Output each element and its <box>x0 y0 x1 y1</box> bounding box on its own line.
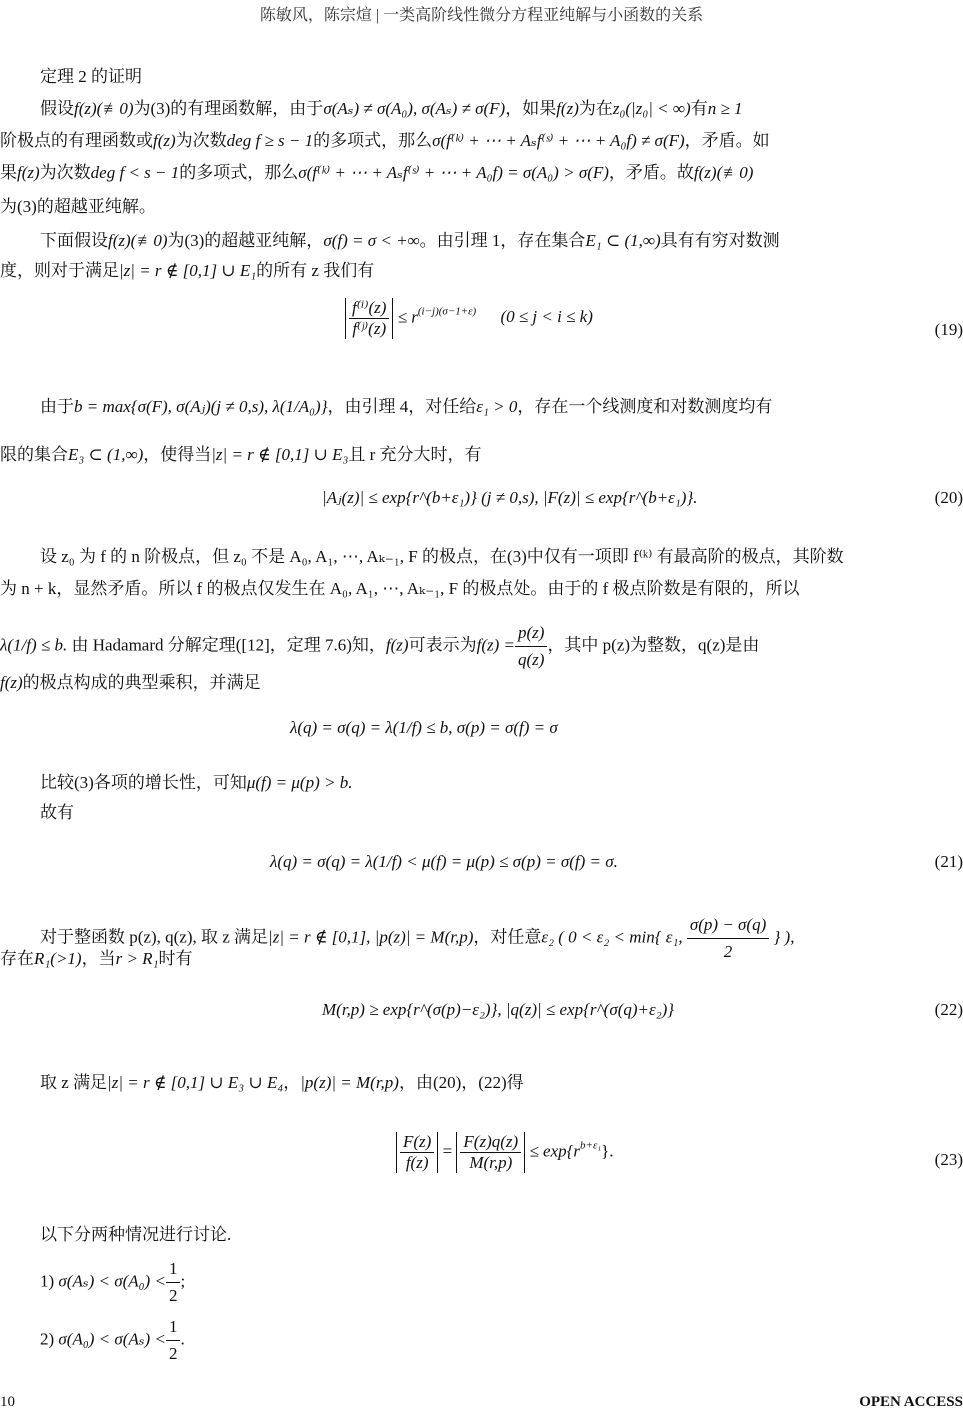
equation-number-22: (22) <box>935 1000 963 1020</box>
denominator: f⁽ʲ⁾(z) <box>349 319 389 339</box>
text: 且 r 充分大时，有 <box>348 445 481 464</box>
text: 可表示为 <box>409 635 477 654</box>
paragraph-7-line-1: 取 z 满足|z| = r ∉ [0,1] ∪ E₃ ∪ E₄，|p(z)| =… <box>0 1070 963 1096</box>
fraction-half: 12 <box>166 1256 181 1309</box>
denominator: f(z) <box>400 1153 434 1173</box>
math: r > R₁ <box>116 949 159 968</box>
math: |z| = r ∉ [0,1] ∪ E₃ ∪ E₄ <box>107 1073 283 1092</box>
math: ε₂ ( 0 < ε₂ < min{ ε₁, <box>541 927 686 946</box>
case-label: 2) <box>40 1329 54 1348</box>
math: σ(Aₛ) ≠ σ(A₀), σ(Aₛ) ≠ σ(F) <box>323 99 505 118</box>
text: 的所有 z 我们有 <box>256 261 374 280</box>
text: 由于 <box>40 397 74 416</box>
paragraph-2-line-1: 下面假设f(z)(≢0)为(3)的超越亚纯解，σ(f) = σ < +∞。由引理… <box>0 228 963 254</box>
paragraph-1-line-2: 阶极点的有理函数或f(z)为次数deg f ≥ s − 1的多项式，那么σ(f⁽… <box>0 128 963 154</box>
exponent: b+ε₁ <box>580 1139 601 1151</box>
paragraph-3-line-2: 限的集合E₃ ⊂ (1,∞)，使得当|z| = r ∉ [0,1] ∪ E₃且 … <box>0 442 963 468</box>
text: 对于整函数 p(z), q(z), 取 z 满足 <box>40 927 268 946</box>
math: λ(1/f) ≤ b. <box>0 635 67 654</box>
math: f(z) <box>556 99 579 118</box>
case-2: 2) σ(A₀) < σ(Aₛ) <12. <box>0 1314 963 1367</box>
denominator: M(r,p) <box>460 1153 521 1173</box>
math: ≤ r <box>398 307 418 326</box>
section-title: 定理 2 的证明 <box>0 64 963 90</box>
equation-21: λ(q) = σ(q) = λ(1/f) < μ(f) = μ(p) ≤ σ(p… <box>270 852 618 872</box>
paragraph-5-line-1: 比较(3)各项的增长性，可知μ(f) = μ(p) > b. <box>0 770 963 796</box>
equation-lambda: λ(q) = σ(q) = λ(1/f) ≤ b, σ(p) = σ(f) = … <box>290 718 558 738</box>
math: σ(Aₛ) < σ(A₀) < <box>58 1271 166 1290</box>
paragraph-1-line-1: 假设f(z)(≢0)为(3)的有理函数解，由于σ(Aₛ) ≠ σ(A₀), σ(… <box>0 96 963 122</box>
math: f(z) <box>17 163 40 182</box>
fraction: p(z)q(z) <box>515 620 547 673</box>
text: ， <box>283 1073 300 1092</box>
text: 为(3)的有理函数解，由于 <box>133 99 323 118</box>
text: ，存在一个线测度和对数测度均有 <box>517 397 772 416</box>
paragraph-1-line-3: 果f(z)为次数deg f < s − 1的多项式，那么σ(f⁽ᵏ⁾ + ⋯ +… <box>0 160 963 186</box>
paragraph-4-line-1: 设 z₀ 为 f 的 n 阶极点，但 z₀ 不是 A₀, A₁, ⋯, Aₖ₋₁… <box>0 544 963 570</box>
text: ，使得当 <box>143 445 211 464</box>
text: 由 Hadamard 分解定理([12]，定理 7.6)知， <box>67 635 386 654</box>
text: 为次数 <box>176 131 227 150</box>
math: f(z)(≢0) <box>108 231 167 250</box>
text: 的多项式，那么 <box>179 163 298 182</box>
numerator: 1 <box>166 1314 181 1341</box>
math: μ(f) = μ(p) > b. <box>247 773 353 792</box>
text: 。由引理 1，存在集合 <box>420 231 586 250</box>
text: 为次数 <box>40 163 91 182</box>
math: f(z)(≢0) <box>74 99 133 118</box>
math: } ), <box>769 927 794 946</box>
paragraph-2-line-2: 度，则对于满足|z| = r ∉ [0,1] ∪ E₁的所有 z 我们有 <box>0 258 963 284</box>
math: |p(z)| = M(r,p) <box>300 1073 399 1092</box>
abs-fraction: f⁽ⁱ⁾(z)f⁽ʲ⁾(z) <box>345 298 393 339</box>
text: ，当 <box>82 949 116 968</box>
running-header: 陈敏风，陈宗煊 | 一类高阶线性微分方程亚纯解与小函数的关系 <box>0 2 963 25</box>
equation-23: F(z)f(z) = F(z)q(z)M(r,p) ≤ exp{rb+ε₁}. <box>396 1132 614 1173</box>
numerator: F(z)q(z) <box>460 1132 521 1153</box>
math: |z| = r ∉ [0,1], |p(z)| = M(r,p) <box>268 927 473 946</box>
math: }. <box>601 1141 613 1160</box>
text: ，其中 p(z)为整数，q(z)是由 <box>547 635 759 654</box>
math: σ(A₀) < σ(Aₛ) < <box>58 1329 166 1348</box>
text: 时有 <box>158 949 192 968</box>
math: |z| = r ∉ [0,1] ∪ E₃ <box>211 445 348 464</box>
math: n ≥ 1 <box>708 99 743 118</box>
text: 下面假设 <box>40 231 108 250</box>
numerator: f⁽ⁱ⁾(z) <box>349 298 389 319</box>
math: |z| = r ∉ [0,1] ∪ E₁ <box>119 261 256 280</box>
paragraph-4-line-4: f(z)的极点构成的典型乘积，并满足 <box>0 670 963 696</box>
text: 有 <box>691 99 708 118</box>
paragraph-1-line-4: 为(3)的超越亚纯解。 <box>0 194 963 220</box>
math: f(z) = <box>477 635 515 654</box>
numerator: p(z) <box>515 620 547 647</box>
text: ，如果 <box>505 99 556 118</box>
paragraph-5-line-2: 故有 <box>0 800 963 826</box>
open-access-label: OPEN ACCESS <box>859 1394 963 1411</box>
text: ，矛盾。故 <box>609 163 694 182</box>
paragraph-6-line-2: 存在R₁(>1)，当r > R₁时有 <box>0 946 963 972</box>
text: 存在 <box>0 949 34 968</box>
math: ≤ exp{r <box>529 1141 580 1160</box>
paragraph-8: 以下分两种情况进行讨论. <box>0 1222 963 1248</box>
math: σ(f) = σ < +∞ <box>323 231 419 250</box>
equation-20: |Aⱼ(z)| ≤ exp{r^(b+ε₁)} (j ≠ 0,s), |F(z)… <box>322 488 698 508</box>
paragraph-4-line-2: 为 n + k，显然矛盾。所以 f 的极点仅发生在 A₀, A₁, ⋯, Aₖ₋… <box>0 576 963 602</box>
math: z₀(|z₀| < ∞) <box>613 99 691 118</box>
denominator: 2 <box>166 1283 181 1309</box>
math: E₃ ⊂ (1,∞) <box>68 445 143 464</box>
equation-number-19: (19) <box>935 320 963 340</box>
text: ，由引理 4，对任给 <box>328 397 477 416</box>
math: σ(f⁽ᵏ⁾ + ⋯ + Aₛf⁽ˢ⁾ + ⋯ + A₀f) = σ(A₀) >… <box>298 163 609 182</box>
math: = <box>443 1141 453 1160</box>
text: 具有有穷对数测 <box>661 231 780 250</box>
condition: (0 ≤ j < i ≤ k) <box>500 307 592 326</box>
equation-22: M(r,p) ≥ exp{r^(σ(p)−ε₂)}, |q(z)| ≤ exp{… <box>322 1000 674 1020</box>
text: 阶极点的有理函数或 <box>0 131 153 150</box>
equation-19: f⁽ⁱ⁾(z)f⁽ʲ⁾(z) ≤ r(i−j)(σ−1+ε) (0 ≤ j < … <box>345 298 593 339</box>
equation-number-20: (20) <box>935 488 963 508</box>
equation-number-23: (23) <box>935 1150 963 1170</box>
text: ，矛盾。如 <box>685 131 770 150</box>
text: 的多项式，那么 <box>313 131 432 150</box>
paragraph-4-line-3: λ(1/f) ≤ b. 由 Hadamard 分解定理([12]，定理 7.6)… <box>0 620 963 673</box>
numerator: 1 <box>166 1256 181 1283</box>
text: 为在 <box>579 99 613 118</box>
math: b = max{σ(F), σ(Aⱼ)(j ≠ 0,s), λ(1/A₀)} <box>74 397 328 416</box>
math: ε₁ > 0 <box>476 397 517 416</box>
math: f(z) <box>153 131 176 150</box>
text: 度，则对于满足 <box>0 261 119 280</box>
text: 的极点构成的典型乘积，并满足 <box>23 673 261 692</box>
punctuation: . <box>180 1329 184 1348</box>
math: f(z) <box>386 635 409 654</box>
text: 为(3)的超越亚纯解， <box>167 231 323 250</box>
case-1: 1) σ(Aₛ) < σ(A₀) <12; <box>0 1256 963 1309</box>
math: deg f ≥ s − 1 <box>227 131 313 150</box>
math: deg f < s − 1 <box>91 163 180 182</box>
punctuation: ; <box>180 1271 185 1290</box>
text: 果 <box>0 163 17 182</box>
text: 取 z 满足 <box>40 1073 107 1092</box>
exponent: (i−j)(σ−1+ε) <box>418 305 476 317</box>
page-number: 10 <box>0 1394 15 1411</box>
math: f(z)(≢0) <box>694 163 753 182</box>
text: 比较(3)各项的增长性，可知 <box>40 773 247 792</box>
math: σ(f⁽ᵏ⁾ + ⋯ + Aₛf⁽ˢ⁾ + ⋯ + A₀f) ≠ σ(F) <box>432 131 685 150</box>
text: 假设 <box>40 99 74 118</box>
abs-fraction: F(z)q(z)M(r,p) <box>456 1132 525 1173</box>
equation-number-21: (21) <box>935 852 963 872</box>
numerator: F(z) <box>400 1132 434 1153</box>
math: R₁(>1) <box>34 949 82 968</box>
math: f(z) <box>0 673 23 692</box>
paragraph-3-line-1: 由于b = max{σ(F), σ(Aⱼ)(j ≠ 0,s), λ(1/A₀)}… <box>0 394 963 420</box>
fraction-half: 12 <box>166 1314 181 1367</box>
text: ，由(20)，(22)得 <box>399 1073 524 1092</box>
case-label: 1) <box>40 1271 54 1290</box>
abs-fraction: F(z)f(z) <box>396 1132 438 1173</box>
math: E₁ ⊂ (1,∞) <box>585 231 660 250</box>
text: 限的集合 <box>0 445 68 464</box>
denominator: 2 <box>166 1341 181 1367</box>
text: ，对任意 <box>473 927 541 946</box>
numerator: σ(p) − σ(q) <box>687 912 769 939</box>
